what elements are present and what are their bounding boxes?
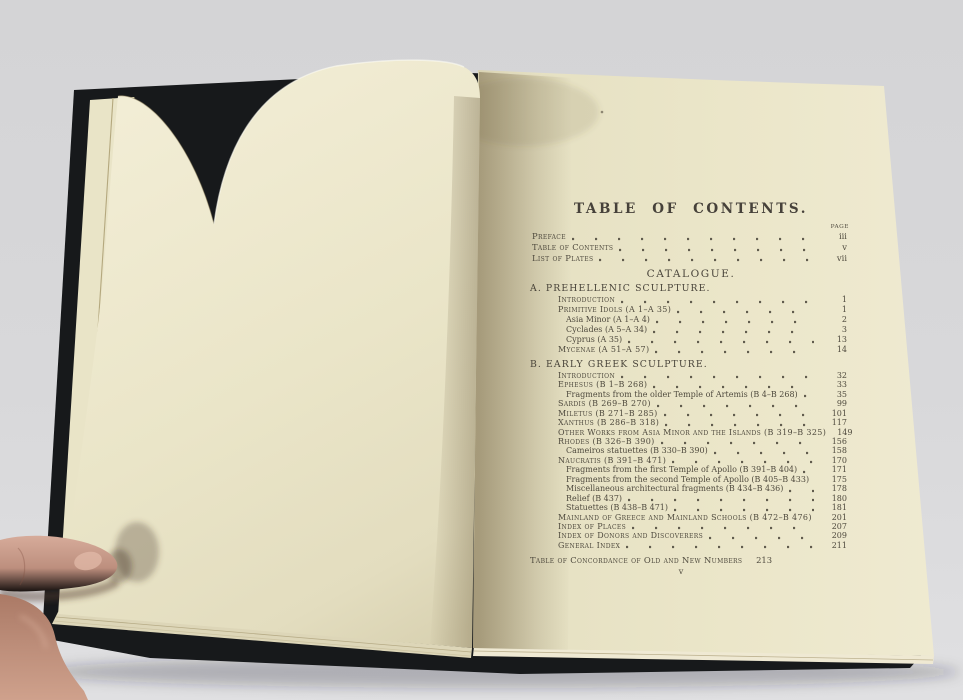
- toc-entry-label: Fragments from the second Temple of Apol…: [566, 475, 809, 484]
- toc-entry-label: Miscellaneous architectural fragments (B…: [566, 484, 783, 493]
- toc-entry-row: Index of Donors and Discoverers209: [558, 531, 864, 540]
- toc-entry-label: General Index: [558, 541, 620, 550]
- toc-entry-row: Relief (B 437)180: [566, 494, 864, 503]
- dot-leader: [628, 498, 814, 502]
- toc-entry-page: vii: [819, 253, 864, 264]
- section-heading-b: B. EARLY GREEK SCULPTURE.: [530, 359, 864, 371]
- toc-entry-label: Introduction: [558, 295, 615, 305]
- toc-entry-page: 33: [819, 380, 864, 389]
- concordance-label: Table of Concordance of Old and New Numb…: [530, 555, 742, 565]
- toc-entry-label: Mycenae (A 51–A 57): [558, 345, 649, 355]
- dot-leader: [599, 258, 814, 262]
- toc-entry-row: Table of Contentsv: [532, 242, 864, 253]
- dot-leader: [626, 545, 814, 549]
- toc-entry-page: 170: [819, 456, 864, 465]
- dot-leader: [621, 300, 814, 304]
- toc-entry-row: Asia Minor (A 1–A 4)2: [566, 315, 864, 325]
- toc-entry-page: 13: [819, 335, 864, 345]
- toc-entry-label: Naucratis (B 391–B 471): [558, 456, 666, 465]
- dot-leader: [709, 536, 814, 540]
- toc-entry-page: 1: [819, 295, 864, 305]
- dot-leader: [653, 385, 814, 389]
- toc-entry-page: 171: [819, 465, 864, 474]
- dot-leader: [664, 413, 814, 417]
- toc-entry-page: 158: [819, 446, 864, 455]
- toc-entry-page: 178: [819, 484, 864, 493]
- dot-leader: [714, 451, 814, 455]
- toc-entry-page: 35: [819, 390, 864, 399]
- toc-entry-row: Prefaceiii: [532, 231, 864, 242]
- toc-entry-label: Index of Donors and Discoverers: [558, 531, 703, 540]
- concordance-page: 213: [756, 555, 789, 565]
- section-heading-a: A. PREHELLENIC SCULPTURE.: [530, 283, 864, 295]
- toc-entry-page: 14: [819, 345, 864, 355]
- toc-entry-page: v: [819, 242, 864, 253]
- toc-entry-row: Xanthus (B 286–B 318)117: [558, 418, 864, 427]
- dot-leader: [619, 248, 814, 252]
- toc-entry-row: Cyprus (A 35)13: [566, 335, 864, 345]
- toc-entry-row: Primitive Idols (A 1–A 35)1: [558, 305, 864, 315]
- dot-leader: [803, 470, 814, 474]
- toc-entry-label: Index of Places: [558, 522, 626, 531]
- toc-entry-page: 149: [837, 428, 869, 437]
- concordance-row: Table of Concordance of Old and New Numb…: [530, 555, 864, 566]
- toc-entry-label: Introduction: [558, 371, 615, 380]
- toc-entry-page: 180: [819, 494, 864, 503]
- toc-entry-label: Mainland of Greece and Mainland Schools …: [558, 513, 812, 522]
- toc-entry-page: 201: [823, 513, 864, 522]
- toc-entry-label: Statuettes (B 438–B 471): [566, 503, 668, 512]
- dot-leader: [653, 330, 814, 334]
- dot-leader: [655, 350, 814, 354]
- book-photo: { "theme":{ "bg":"#d7d7d9", "page":"#ebe…: [0, 0, 963, 700]
- toc-entry-label: Table of Contents: [532, 242, 613, 253]
- dot-leader: [572, 237, 814, 241]
- dot-leader: [804, 394, 814, 398]
- toc-entry-label: Ephesus (B 1–B 268): [558, 380, 647, 389]
- toc-entry-page: 117: [819, 418, 864, 427]
- dot-leader: [661, 441, 814, 445]
- toc-entry-page: 99: [819, 399, 864, 408]
- toc-entry-row: Cyclades (A 5–A 34)3: [566, 325, 864, 335]
- toc-entry-row: Fragments from the first Temple of Apoll…: [566, 465, 864, 474]
- dot-leader: [665, 423, 814, 427]
- catalogue-heading: CATALOGUE.: [518, 268, 864, 281]
- dot-leader: [677, 310, 814, 314]
- toc-entry-label: Fragments from the older Temple of Artem…: [566, 390, 798, 399]
- toc-entry-label: Other Works from Asia Minor and the Isla…: [558, 428, 826, 437]
- paper-speck: [601, 111, 604, 114]
- toc-entry-page: iii: [819, 231, 864, 242]
- toc-entry-row: General Index211: [558, 541, 864, 550]
- table-of-contents-page: TABLE OF CONTENTS. PAGE PrefaceiiiTable …: [518, 196, 864, 577]
- toc-entry-row: Ephesus (B 1–B 268)33: [558, 380, 864, 389]
- toc-entry-row: Cameiros statuettes (B 330–B 390)158: [566, 446, 864, 455]
- page-column-label: PAGE: [518, 224, 864, 231]
- toc-entry-row: Rhodes (B 326–B 390)156: [558, 437, 864, 446]
- front-matter-list: PrefaceiiiTable of ContentsvList of Plat…: [518, 231, 864, 263]
- toc-entry-page: 2: [819, 315, 864, 325]
- toc-entry-label: List of Plates: [532, 253, 593, 264]
- toc-entry-label: Preface: [532, 231, 566, 242]
- dot-leader: [656, 320, 814, 324]
- toc-entry-label: Cyprus (A 35): [566, 335, 622, 345]
- folio-number: v: [518, 567, 864, 577]
- toc-entry-page: 32: [819, 371, 864, 380]
- toc-entry-page: 181: [819, 503, 864, 512]
- toc-entry-row: List of Platesvii: [532, 253, 864, 264]
- toc-entry-label: Rhodes (B 326–B 390): [558, 437, 655, 446]
- toc-entry-row: Mainland of Greece and Mainland Schools …: [558, 513, 864, 522]
- toc-entry-row: Index of Places207: [558, 522, 864, 531]
- toc-entry-row: Sardis (B 269–B 270)99: [558, 399, 864, 408]
- toc-entry-row: Fragments from the second Temple of Apol…: [566, 475, 864, 484]
- section-b-entries: Introduction32Ephesus (B 1–B 268)33Fragm…: [518, 371, 864, 550]
- dot-leader: [789, 489, 814, 493]
- page-title: TABLE OF CONTENTS.: [518, 201, 864, 218]
- toc-entry-row: Miscellaneous architectural fragments (B…: [566, 484, 864, 493]
- section-a-entries: Introduction1Primitive Idols (A 1–A 35)1…: [518, 295, 864, 356]
- toc-entry-label: Xanthus (B 286–B 318): [558, 418, 659, 427]
- dot-leader: [657, 404, 814, 408]
- toc-entry-row: Mycenae (A 51–A 57)14: [558, 345, 864, 355]
- dot-leader: [632, 526, 814, 530]
- toc-entry-row: Other Works from Asia Minor and the Isla…: [558, 428, 864, 437]
- toc-entry-row: Statuettes (B 438–B 471)181: [566, 503, 864, 512]
- toc-entry-label: Miletus (B 271–B 285): [558, 409, 658, 418]
- toc-entry-page: 175: [820, 475, 864, 484]
- toc-entry-label: Primitive Idols (A 1–A 35): [558, 305, 671, 315]
- toc-entry-label: Sardis (B 269–B 270): [558, 399, 651, 408]
- toc-entry-label: Cameiros statuettes (B 330–B 390): [566, 446, 708, 455]
- toc-entry-row: Introduction1: [558, 295, 864, 305]
- toc-entry-label: Asia Minor (A 1–A 4): [566, 315, 650, 325]
- toc-entry-row: Introduction32: [558, 371, 864, 380]
- toc-entry-page: 207: [819, 522, 864, 531]
- toc-entry-page: 156: [819, 437, 864, 446]
- toc-entry-row: Naucratis (B 391–B 471)170: [558, 456, 864, 465]
- toc-entry-label: Relief (B 437): [566, 494, 622, 503]
- toc-entry-page: 211: [819, 541, 864, 550]
- toc-entry-label: Cyclades (A 5–A 34): [566, 325, 647, 335]
- dot-leader: [674, 508, 814, 512]
- toc-entry-row: Miletus (B 271–B 285)101: [558, 409, 864, 418]
- toc-entry-page: 1: [819, 305, 864, 315]
- toc-entry-row: Fragments from the older Temple of Artem…: [566, 390, 864, 399]
- dot-leader: [672, 460, 814, 464]
- toc-entry-page: 3: [819, 325, 864, 335]
- toc-entry-label: Fragments from the first Temple of Apoll…: [566, 465, 797, 474]
- toc-entry-page: 101: [819, 409, 864, 418]
- dot-leader: [628, 340, 814, 344]
- toc-entry-page: 209: [819, 531, 864, 540]
- dot-leader: [621, 375, 814, 379]
